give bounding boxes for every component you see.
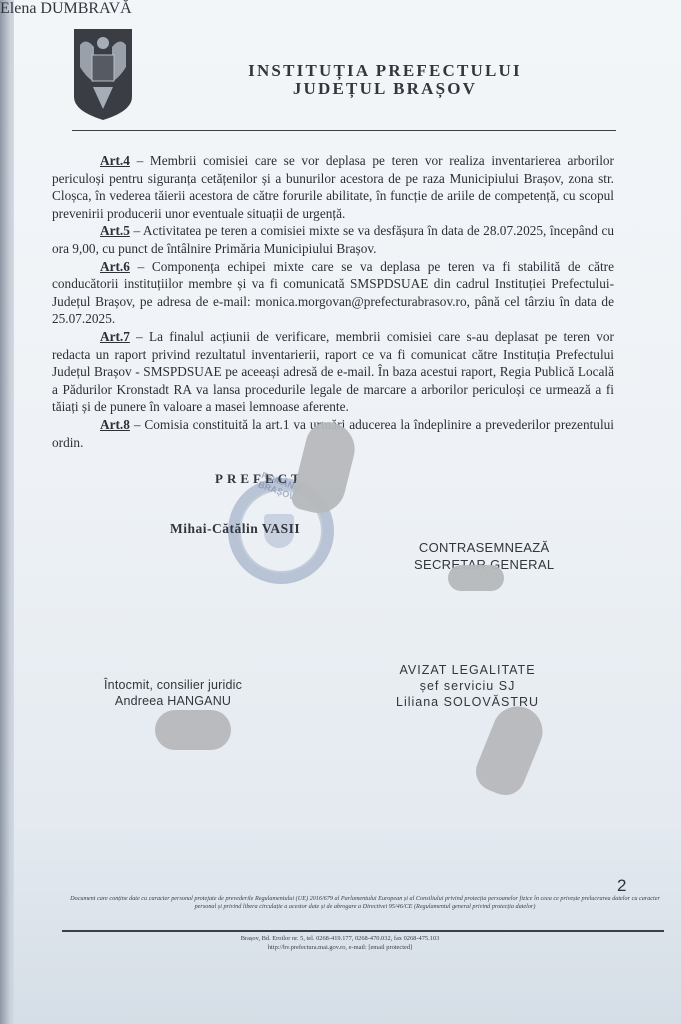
drafted-by-block: Întocmit, consilier juridic Andreea HANG… [104,677,242,709]
article-label: Art.4 [100,153,130,168]
header-divider [72,130,616,131]
countersign-label: CONTRASEMNEAZĂ [414,539,554,556]
county-name: JUDEȚUL BRAȘOV [170,80,600,98]
article-4: Art.4 – Membrii comisiei care se vor dep… [52,152,614,222]
article-5: Art.5 – Activitatea pe teren a comisiei … [52,222,614,257]
prefect-name: Mihai-Cătălin VASII [170,521,300,537]
article-text: – La finalul acțiunii de verificare, mem… [52,329,614,414]
article-label: Art.8 [100,417,130,432]
footer-web-email: http://bv.prefectura.mai.gov.ro, e-mail:… [160,943,520,952]
article-7: Art.7 – La finalul acțiunii de verificar… [52,328,614,416]
romanian-coat-of-arms-icon [72,27,134,122]
article-label: Art.5 [100,223,130,238]
institution-header: INSTITUȚIA PREFECTULUI JUDEȚUL BRAȘOV [170,62,600,98]
legality-block: AVIZAT LEGALITATE șef serviciu SJ Lilian… [396,662,539,710]
article-6: Art.6 – Componența echipei mixte care se… [52,258,614,328]
article-text: – Activitatea pe teren a comisiei mixte … [52,223,614,256]
secretary-name: Elena DUMBRAVĂ [0,0,132,18]
prefect-title: PREFECT [215,471,304,487]
footer-contact: Brașov, Bd. Eroilor nr. 5, tel. 0268-419… [160,934,520,952]
drafted-by-role: Întocmit, consilier juridic [104,677,242,693]
article-label: Art.6 [100,259,130,274]
institution-name: INSTITUȚIA PREFECTULUI [170,62,600,80]
drafted-by-name: Andreea HANGANU [104,693,242,709]
page-number: 2 [617,876,626,896]
articles-body: Art.4 – Membrii comisiei care se vor dep… [52,152,614,451]
article-text: – Componența echipei mixte care se va de… [52,259,614,327]
footer-address: Brașov, Bd. Eroilor nr. 5, tel. 0268-419… [160,934,520,943]
footer-divider [62,930,664,932]
legality-role: șef serviciu SJ [396,678,539,694]
gdpr-notice: Document care conține date cu caracter p… [62,895,668,911]
legality-label: AVIZAT LEGALITATE [396,662,539,678]
redacted-signature-drafter [155,710,231,750]
article-label: Art.7 [100,329,130,344]
redacted-signature-secretary [448,565,504,591]
article-text: – Membrii comisiei care se vor deplasa p… [52,153,614,221]
